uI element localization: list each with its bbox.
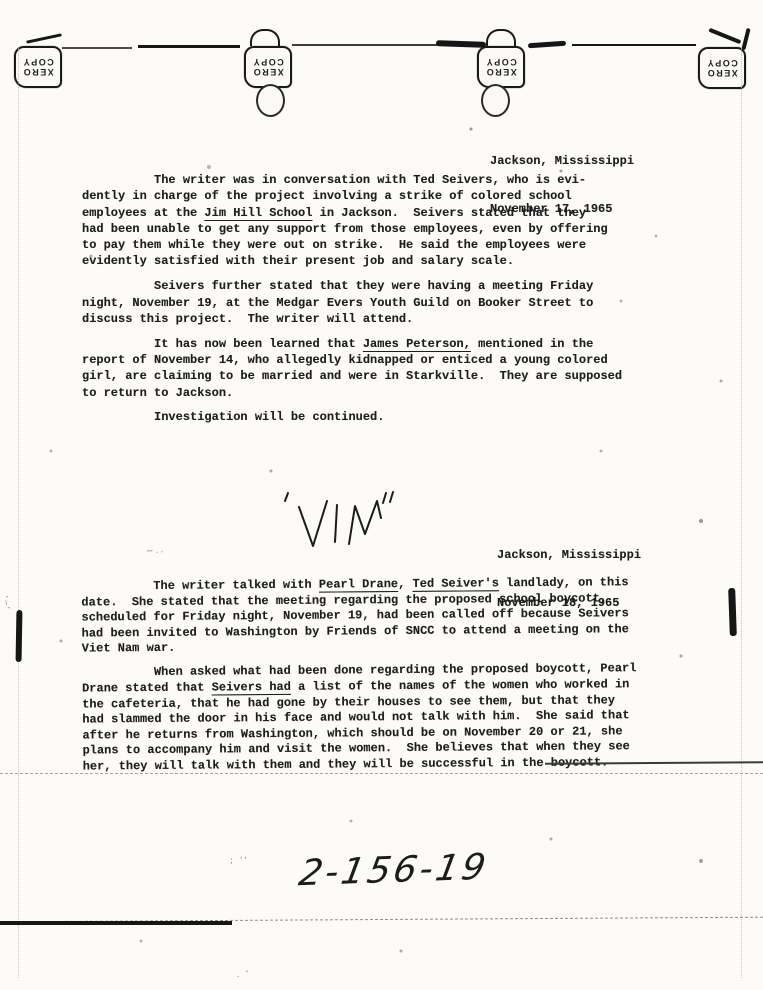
page-edge-line [741, 48, 742, 978]
stamp-text: COPY [706, 58, 738, 68]
punch-hole [256, 84, 285, 117]
scan-smudge: . - [235, 966, 253, 981]
underlined-text: Ted Seiver's [412, 576, 499, 591]
scan-mark [62, 47, 132, 49]
text-line: employees at the Jim Hill School in Jack… [82, 205, 702, 221]
scan-smudge: ~.. [146, 545, 166, 557]
scanned-document-page: XERO COPY XERO COPY XERO COPY XERO COPY … [0, 0, 763, 990]
text-line: had been unable to get any support from … [82, 221, 702, 237]
xerox-copy-stamp: XERO COPY [477, 46, 525, 88]
xerox-copy-stamp: XERO COPY [698, 47, 746, 89]
text-line: to return to Jackson. [82, 385, 702, 401]
text-line: It has now been learned that James Peter… [82, 336, 702, 352]
paragraph: Investigation will be continued. [82, 409, 702, 425]
paragraph: When asked what had been done regarding … [82, 661, 723, 775]
handwritten-vim-heading [278, 488, 408, 553]
scan-mark [728, 588, 737, 636]
paragraph: The writer talked with Pearl Drane, Ted … [81, 574, 722, 657]
text-line: The writer was in conversation with Ted … [82, 172, 702, 188]
paragraph: It has now been learned that James Peter… [82, 336, 702, 401]
text-line: dently in charge of the project involvin… [82, 188, 702, 204]
scan-smudge: ; '' [230, 856, 249, 866]
scan-mark [436, 40, 486, 48]
stamp-text: XERO [485, 67, 517, 77]
xerox-copy-stamp: XERO COPY [14, 46, 62, 88]
text-line: discuss this project. The writer will at… [82, 311, 702, 327]
xerox-copy-stamp: XERO COPY [244, 46, 292, 88]
text-line: evidently satisfied with their present j… [82, 253, 702, 269]
dateline-city: Jackson, Mississippi [497, 547, 641, 563]
stamp-text: COPY [22, 57, 54, 67]
scan-mark [741, 28, 750, 50]
scan-mark [0, 921, 232, 925]
stamp-text: XERO [22, 67, 54, 77]
scan-noise [0, 0, 2, 2]
report-body-nov-18: The writer talked with Pearl Drane, Ted … [81, 574, 723, 783]
text-line: Seivers further stated that they were ha… [82, 278, 702, 294]
punch-hole [481, 84, 510, 117]
dateline-city: Jackson, Mississippi [490, 153, 634, 169]
underlined-text: Jim Hill School [204, 206, 312, 220]
scan-mark [138, 45, 240, 48]
page-break-line [0, 773, 763, 774]
text-line: night, November 19, at the Medgar Evers … [82, 295, 702, 311]
text-line: girl, are claiming to be married and wer… [82, 368, 702, 384]
scan-smudge: ,_, [4, 594, 17, 612]
stamp-text: COPY [252, 57, 284, 67]
scan-mark [26, 33, 62, 43]
text-line: to pay them while they were out on strik… [82, 237, 702, 253]
scan-mark [292, 44, 440, 46]
underlined-text: Seivers had [212, 680, 291, 695]
punch-hole-arc [486, 29, 516, 46]
stamp-text: XERO [252, 67, 284, 77]
punch-hole-arc [250, 29, 280, 46]
scan-mark [16, 610, 23, 662]
underlined-text: Pearl Drane [319, 577, 398, 592]
handwritten-file-number: 2-156-19 [296, 847, 492, 895]
report-body-nov-17: The writer was in conversation with Ted … [82, 172, 702, 434]
paragraph: Seivers further stated that they were ha… [82, 278, 702, 327]
paragraph: The writer was in conversation with Ted … [82, 172, 702, 270]
text-line: Investigation will be continued. [82, 409, 702, 425]
vim-handwriting-strokes [278, 488, 408, 553]
scan-mark [572, 44, 696, 46]
scan-mark [709, 28, 742, 44]
stamp-text: XERO [706, 68, 738, 78]
text-line: report of November 14, who allegedly kid… [82, 352, 702, 368]
underlined-text: James Peterson, [363, 337, 471, 351]
stamp-text: COPY [485, 57, 517, 67]
page-edge-line [18, 48, 19, 978]
scan-mark [528, 41, 566, 49]
